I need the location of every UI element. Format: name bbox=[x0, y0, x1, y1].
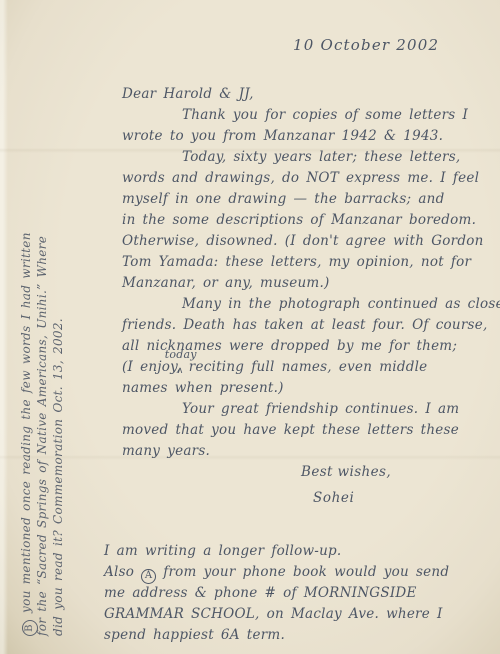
letter-line: many years. bbox=[122, 441, 500, 462]
letter-line: Many in the photograph continued as clos… bbox=[122, 294, 500, 315]
salutation: Dear Harold & JJ, bbox=[122, 84, 500, 105]
margin-note-line: did you read it? Commemoration Oct. 13, … bbox=[50, 116, 66, 636]
letter-line: words and drawings, do NOT express me. I… bbox=[122, 168, 500, 189]
caret-mark: ∧ bbox=[177, 361, 184, 382]
line-part: you mentioned once reading the few words… bbox=[19, 232, 33, 613]
postscript-line: me address & phone # of MORNINGSIDE bbox=[104, 582, 494, 603]
insertion-anchor: today∧ bbox=[181, 358, 189, 372]
letter-line: Today, sixty years later; these letters, bbox=[122, 147, 500, 168]
postscript-line-with-circled-letter: Also A from your phone book would you se… bbox=[104, 561, 494, 582]
letter-date: 10 October 2002 bbox=[293, 36, 439, 54]
letter-line: Your great friendship continues. I am bbox=[122, 399, 500, 420]
postscript-line: spend happiest 6A term. bbox=[104, 624, 494, 645]
letter-line-with-insertion: (I enjoy,today∧reciting full names, even… bbox=[122, 357, 500, 378]
letter-body: Dear Harold & JJ, Thank you for copies o… bbox=[122, 84, 500, 462]
closing: Best wishes, bbox=[301, 464, 391, 480]
letter-line: friends. Death has taken at least four. … bbox=[122, 315, 500, 336]
postscript-line: GRAMMAR SCHOOL, on Maclay Ave. where I bbox=[104, 603, 494, 624]
letter-line: Thank you for copies of some letters I bbox=[122, 105, 500, 126]
margin-note-line: Byou mentioned once reading the few word… bbox=[18, 116, 34, 636]
letter-line: moved that you have kept these letters t… bbox=[122, 420, 500, 441]
line-part: reciting full names, even middle bbox=[189, 359, 428, 375]
letter-line: Manzanar, or any, museum.) bbox=[122, 273, 500, 294]
line-part: from your phone book would you send bbox=[156, 564, 449, 580]
letter-line: in the some descriptions of Manzanar bor… bbox=[122, 210, 500, 231]
postscript: I am writing a longer follow-up. Also A … bbox=[104, 540, 494, 645]
signature: Sohei bbox=[313, 490, 354, 506]
letter-line: wrote to you from Manzanar 1942 & 1943. bbox=[122, 126, 500, 147]
margin-note-line: for the “Sacred Springs of Native Americ… bbox=[34, 116, 50, 636]
letter-line: Otherwise, disowned. (I don't agree with… bbox=[122, 231, 500, 252]
handwritten-letter-scan: 10 October 2002 Dear Harold & JJ, Thank … bbox=[0, 0, 500, 654]
letter-line: myself in one drawing — the barracks; an… bbox=[122, 189, 500, 210]
letter-line: Tom Yamada: these letters, my opinion, n… bbox=[122, 252, 500, 273]
postscript-line: I am writing a longer follow-up. bbox=[104, 540, 494, 561]
margin-note-rotated: Byou mentioned once reading the few word… bbox=[18, 116, 66, 636]
line-part: Also bbox=[104, 564, 141, 580]
